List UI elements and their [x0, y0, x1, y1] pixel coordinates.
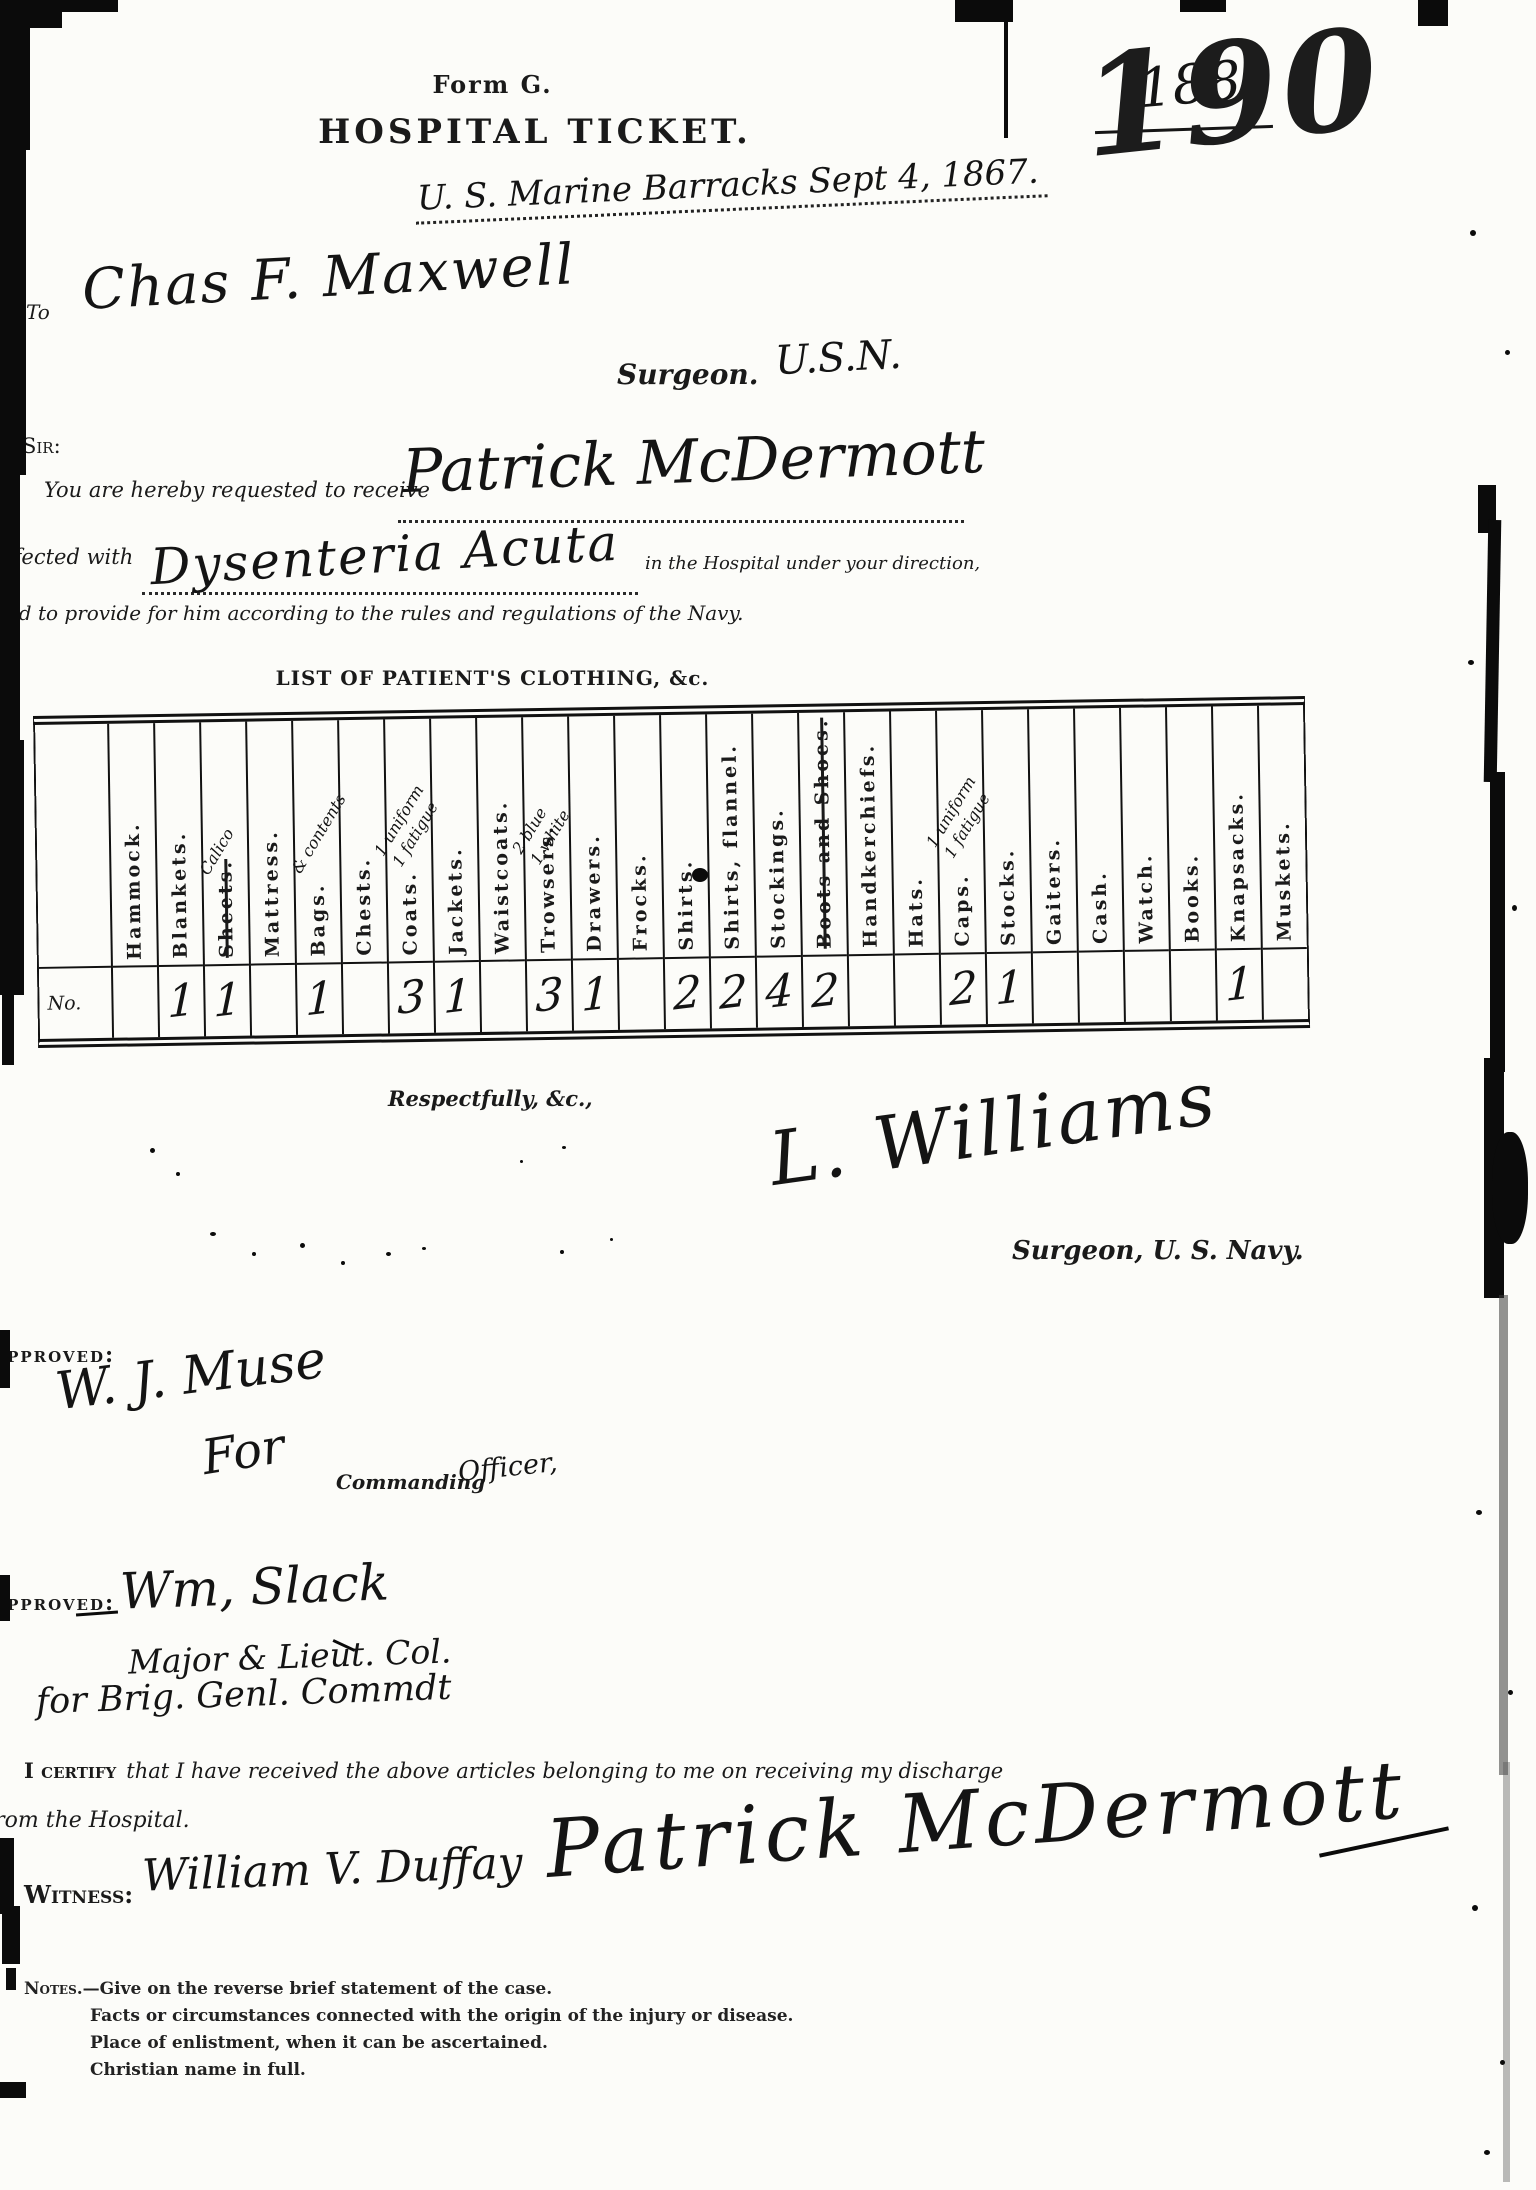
clothing-column-label: Shirts.	[674, 859, 697, 951]
clothing-table-column: Gaiters.	[1027, 709, 1078, 1024]
clothing-column-value-cell: 2	[711, 956, 756, 1029]
clothing-column-header: Stockings.	[753, 713, 801, 956]
salutation: Sir:	[22, 434, 61, 458]
addressee-title: Surgeon.	[617, 358, 759, 391]
scan-artifact	[0, 1838, 14, 1914]
clothing-column-value-cell	[343, 961, 388, 1034]
clothing-column-header: Hammock.	[109, 723, 157, 966]
clothing-column-value: 3	[397, 974, 426, 1022]
clothing-column-value-cell	[1079, 950, 1124, 1023]
clothing-column-label: Knapsacks.	[1225, 791, 1249, 942]
scan-artifact	[0, 140, 26, 475]
clothing-table-column: Hammock.	[107, 723, 158, 1038]
scan-artifact	[150, 1148, 155, 1153]
number-row-label-cell: No.	[39, 966, 112, 1039]
scan-artifact	[1484, 520, 1502, 782]
scan-artifact	[0, 0, 118, 12]
quartermaster-signature: Wm, Slack	[119, 1557, 390, 1616]
scan-artifact	[2, 1906, 20, 1964]
clothing-column-header: 1 uniform 1 fatigue Caps.	[937, 710, 985, 953]
number-row-label: No.	[39, 992, 81, 1015]
clothing-table-column: Stockings. 4	[751, 713, 802, 1028]
clothing-column-value-cell: 1	[159, 964, 204, 1037]
clothing-column-value: 1	[581, 971, 610, 1019]
clothing-column-header: Gaiters.	[1029, 709, 1077, 952]
clothing-column-value-cell	[1263, 947, 1308, 1020]
clothing-table-column: Cash.	[1073, 708, 1124, 1023]
respectfully-text: Respectfully, &c.,	[388, 1086, 593, 1111]
scan-artifact	[610, 1238, 613, 1241]
clothing-column-value: 1	[995, 965, 1024, 1013]
clothing-column-value: 4	[765, 968, 794, 1016]
clothing-column-value: 2	[949, 966, 978, 1014]
clothing-table-column: Boots and Shoes. 2	[797, 712, 848, 1027]
clothing-column-header: Boots and Shoes.	[799, 712, 847, 955]
clothing-column-header: Cash.	[1075, 708, 1123, 951]
scan-artifact	[1472, 1905, 1478, 1911]
clothing-column-label: Caps.	[951, 873, 974, 946]
clothing-table-column: Watch.	[1119, 707, 1170, 1022]
clothing-column-label: Sheets.	[214, 859, 238, 958]
clothing-column-label: Chests.	[352, 857, 376, 956]
certify-lead: I certify	[24, 1758, 116, 1783]
clothing-column-header: Books.	[1167, 706, 1215, 949]
clothing-column-label: Cash.	[1089, 871, 1112, 945]
scan-artifact	[955, 0, 1013, 22]
clothing-column-label: Waistcoats.	[489, 799, 513, 954]
clothing-column-label: Handkerchiefs.	[857, 743, 882, 948]
clothing-column-value: 3	[535, 972, 564, 1020]
scan-artifact	[1484, 2150, 1490, 2155]
clothing-column-value-cell	[251, 963, 296, 1036]
clothing-column-value-cell	[619, 957, 664, 1030]
clothing-column-header: Calico Sheets.	[201, 722, 249, 965]
clothing-column-value: 1	[305, 976, 334, 1024]
clothing-column-value-cell	[113, 965, 158, 1038]
clothing-column-header: Shirts.	[661, 714, 709, 957]
clothing-column-value: 1	[167, 978, 196, 1026]
scan-artifact	[520, 1160, 523, 1163]
clothing-column-header: 2 blue 1 white Trowsers.	[523, 717, 571, 960]
clothing-column-value: 1	[443, 973, 472, 1021]
clothing-column-value: 2	[811, 968, 840, 1016]
clothing-column-value-cell: 3	[389, 961, 434, 1034]
clothing-column-label: Hammock.	[122, 821, 146, 960]
to-label: To	[26, 300, 50, 324]
ticket-number: 190	[1076, 9, 1389, 178]
clothing-column-label: Drawers.	[582, 833, 606, 952]
clothing-column-value-cell	[849, 954, 894, 1027]
clothing-column-value-cell	[895, 953, 940, 1026]
scan-artifact	[562, 1146, 566, 1149]
clothing-column-header: & contents Bags.	[293, 720, 341, 963]
clothing-column-value-cell: 1	[987, 951, 1032, 1024]
clothing-column-label: Shirts, flannel.	[719, 743, 744, 950]
scan-artifact	[1505, 350, 1510, 355]
clothing-table-column: Shirts, flannel. 2	[705, 714, 756, 1029]
scan-artifact	[1476, 1510, 1482, 1515]
dateline-handwritten: U. S. Marine Barracks Sept 4, 1867.	[414, 154, 1047, 225]
clothing-table-column: Waistcoats.	[475, 717, 526, 1032]
clothing-column-value-cell	[1125, 949, 1170, 1022]
notes-line-1: Notes.—Give on the reverse brief stateme…	[24, 1976, 793, 2003]
clothing-table-column: Handkerchiefs.	[843, 712, 894, 1027]
notes-text-1: —Give on the reverse brief statement of …	[83, 1979, 552, 1999]
scan-artifact	[341, 1261, 345, 1265]
provide-text: and to provide for him according to the …	[0, 601, 743, 625]
clothing-column-value: 1	[1225, 961, 1254, 1009]
scan-artifact	[0, 8, 62, 28]
clothing-table: No. Hammock. Blankets. 1 Calico Sheets. …	[33, 696, 1310, 1048]
scan-artifact	[1180, 0, 1226, 12]
clothing-column-header: Muskets.	[1259, 705, 1307, 948]
for-handwritten: For	[199, 1422, 288, 1482]
clothing-table-label-column: No.	[35, 724, 112, 1039]
patient-name-handwritten: Patrick McDermott	[401, 422, 986, 502]
scan-artifact	[300, 1243, 305, 1248]
clothing-column-value: 2	[673, 970, 702, 1018]
clothing-column-label: Stocks.	[996, 847, 1020, 946]
scan-artifact	[252, 1252, 256, 1256]
scan-artifact	[1468, 660, 1474, 665]
scan-artifact	[1490, 772, 1505, 1072]
clothing-table-column: 2 blue 1 white Trowsers. 3	[521, 717, 572, 1032]
witness-label: Witness:	[24, 1880, 133, 1909]
scan-artifact	[1492, 1132, 1528, 1244]
addressee-title-suffix-handwritten: U.S.N.	[774, 335, 903, 382]
clothing-column-header: Blankets.	[155, 722, 203, 965]
clothing-table-column: Shirts. 2	[659, 714, 710, 1029]
clothing-table-column: Muskets.	[1257, 705, 1308, 1020]
clothing-table-column: Calico Sheets. 1	[199, 722, 250, 1037]
notes-line-4: Christian name in full.	[90, 2057, 793, 2084]
clothing-column-header: Shirts, flannel.	[707, 714, 755, 957]
scan-artifact	[0, 740, 24, 995]
scan-artifact	[6, 1968, 16, 1990]
clothing-column-label: Watch.	[1134, 853, 1157, 944]
clothing-column-label: Boots and Shoes.	[810, 717, 836, 948]
clothing-column-value-cell	[1033, 951, 1078, 1024]
scan-artifact	[1503, 1762, 1510, 2182]
scan-artifact	[560, 1250, 564, 1254]
clothing-column-label: Gaiters.	[1042, 837, 1066, 945]
hospital-text: in the Hospital under your direction,	[645, 553, 980, 574]
surgeon-signature: L. Williams	[765, 1061, 1222, 1197]
clothing-column-header: Knapsacks.	[1213, 706, 1261, 949]
clothing-column-header: 1 uniform 1 fatigue Coats.	[385, 719, 433, 962]
scan-artifact	[1470, 230, 1476, 236]
notes-heading: Notes.	[24, 1979, 83, 1999]
scan-artifact	[0, 2082, 26, 2098]
clothing-column-value: 1	[213, 977, 242, 1025]
scan-artifact	[1500, 2060, 1505, 2065]
clothing-table-column: Knapsacks. 1	[1211, 706, 1262, 1021]
clothing-table-column: Blankets. 1	[153, 722, 204, 1037]
clothing-column-label: Muskets.	[1272, 820, 1296, 941]
witness-signature: William V. Duffay	[141, 1841, 523, 1898]
clothing-column-value: 2	[719, 969, 748, 1017]
diagnosis-handwritten: Dysenteria Acuta	[149, 518, 620, 592]
clothing-column-value-cell	[481, 959, 526, 1032]
scan-artifact	[176, 1172, 180, 1176]
clothing-column-value-cell: 1	[573, 958, 618, 1031]
clothing-column-value-cell: 1	[297, 962, 342, 1035]
scan-artifact	[1418, 0, 1448, 26]
clothing-column-value-cell: 4	[757, 955, 802, 1028]
clothing-table-column: Books.	[1165, 706, 1216, 1021]
surgeon-signature-title: Surgeon, U. S. Navy.	[1012, 1236, 1304, 1266]
clothing-column-value-cell: 1	[435, 960, 480, 1033]
clothing-column-label: Stockings.	[766, 808, 790, 950]
scan-artifact	[1508, 1690, 1513, 1695]
scan-artifact	[386, 1252, 391, 1256]
clothing-column-value-cell	[1171, 948, 1216, 1021]
quartermaster-for-line-handwritten: for Brig. Genl. Commdt	[36, 1671, 453, 1720]
clothing-column-header: Handkerchiefs.	[845, 712, 893, 955]
clothing-column-label: Mattress.	[260, 829, 284, 957]
scan-artifact	[2, 985, 14, 1065]
clothing-column-label: Hats.	[905, 876, 928, 948]
clothing-column-header: Frocks.	[615, 715, 663, 958]
clothing-column-label: Frocks.	[628, 852, 652, 951]
clothing-column-label: Coats.	[398, 871, 421, 956]
clothing-column-header: Watch.	[1121, 707, 1169, 950]
clothing-table-column: Hats.	[889, 711, 940, 1026]
request-text: You are hereby requested to receive	[44, 478, 430, 502]
scan-artifact	[1512, 905, 1517, 911]
clothing-column-value-cell: 2	[941, 952, 986, 1025]
clothing-column-value-cell: 3	[527, 959, 572, 1032]
document-title: HOSPITAL TICKET.	[0, 112, 1070, 152]
certify-line-2: from the Hospital.	[0, 1808, 190, 1833]
clothing-column-label: Bags.	[307, 882, 330, 956]
approved-label-2: Approved:	[0, 1590, 115, 1616]
notes-line-2: Facts or circumstances connected with th…	[90, 2003, 793, 2030]
clothing-table-corner-cell	[35, 724, 111, 967]
clothing-table-column: 1 uniform 1 fatigue Caps. 2	[935, 710, 986, 1025]
clothing-column-value-cell: 1	[1217, 948, 1262, 1021]
scan-artifact	[210, 1232, 216, 1236]
certify-line: I certifythat I have received the above …	[24, 1758, 1003, 1783]
scan-artifact	[422, 1247, 426, 1250]
hospital-ticket-document: Form G. HOSPITAL TICKET. 188 190 U. S. M…	[0, 0, 1536, 2190]
clothing-column-value-cell: 2	[665, 956, 710, 1029]
clothing-column-label: Blankets.	[168, 831, 192, 959]
clothing-column-label: Jackets.	[444, 846, 468, 955]
clothing-table-column: & contents Bags. 1	[291, 720, 342, 1035]
form-number-label: Form G.	[0, 70, 985, 99]
scan-artifact	[1499, 1295, 1508, 1775]
notes-section: Notes.—Give on the reverse brief stateme…	[24, 1976, 793, 2084]
notes-line-3: Place of enlistment, when it can be asce…	[90, 2030, 793, 2057]
clothing-column-value-cell: 2	[803, 954, 848, 1027]
clothing-table-column: Frocks.	[613, 715, 664, 1030]
commanding-officer-handwritten: Officer,	[457, 1449, 559, 1486]
clothing-column-value-cell: 1	[205, 964, 250, 1037]
scan-artifact	[1478, 485, 1496, 533]
addressee-handwritten: Chas F. Maxwell	[81, 237, 577, 319]
affected-label: affected with	[0, 545, 133, 569]
clothing-list-title: LIST OF PATIENT'S CLOTHING, &c.	[0, 666, 985, 690]
clothing-table-column: 1 uniform 1 fatigue Coats. 3	[383, 719, 434, 1034]
clothing-column-label: Books.	[1180, 853, 1203, 943]
scan-artifact	[1484, 1058, 1504, 1298]
